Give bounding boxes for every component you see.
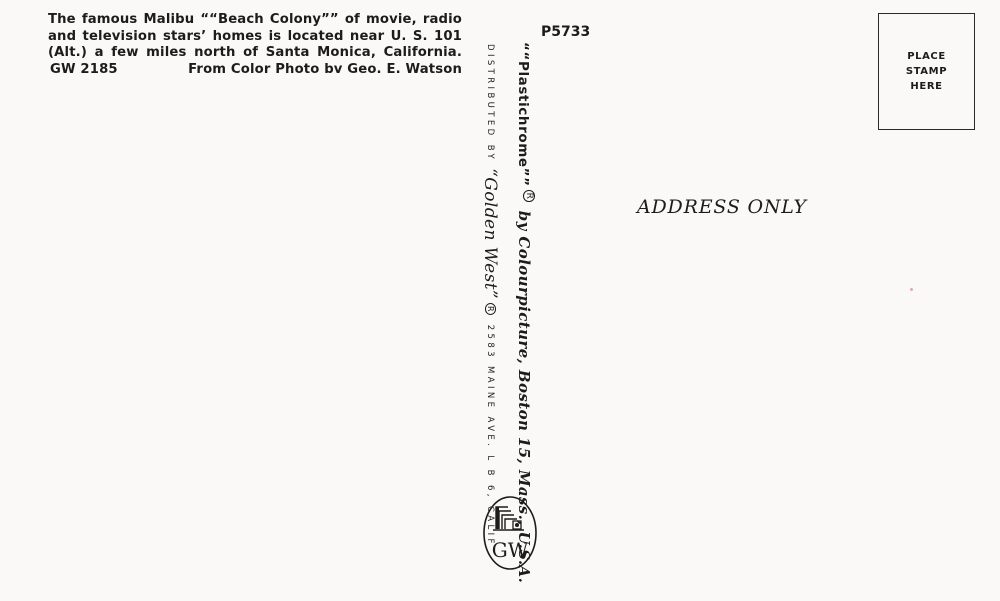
card-code: GW 2185: [48, 62, 118, 79]
stamp-line-2: STAMP: [906, 64, 947, 79]
caption-text: The famous Malibu ““Beach Colony”” of mo…: [48, 12, 462, 78]
distributor-label: DISTRIBUTED BY: [485, 44, 495, 162]
postcard-back: The famous Malibu ““Beach Colony”” of mo…: [0, 0, 1000, 601]
serial-number: P5733: [541, 24, 590, 40]
registered-mark-icon: R: [485, 303, 496, 315]
caption-line-4: GW 2185 From Color Photo bv Geo. E. Wats…: [48, 62, 462, 79]
stamp-box: PLACE STAMP HERE: [878, 13, 975, 130]
registered-mark-icon: R: [523, 190, 535, 203]
paper-speck: [910, 288, 913, 291]
photo-credit: From Color Photo bv Geo. E. Watson: [188, 62, 462, 79]
stamp-line-1: PLACE: [907, 49, 946, 64]
logo-monogram: GW: [492, 538, 529, 562]
golden-west-logo-icon: GW: [482, 495, 538, 571]
address-label: ADDRESS ONLY: [637, 196, 807, 218]
printer-brand: ““Plastichrome””: [515, 42, 531, 187]
caption-line-1: The famous Malibu ““Beach Colony”” of mo…: [48, 12, 462, 29]
stamp-line-3: HERE: [910, 79, 942, 94]
caption-line-3: (Alt.) a few miles north of Santa Monica…: [48, 45, 462, 62]
distributor-name: “Golden West”: [480, 168, 500, 299]
caption-line-2: and television stars’ homes is located n…: [48, 29, 462, 46]
distributor-line: DISTRIBUTED BY “Golden West”R 2583 MAINE…: [483, 44, 503, 547]
